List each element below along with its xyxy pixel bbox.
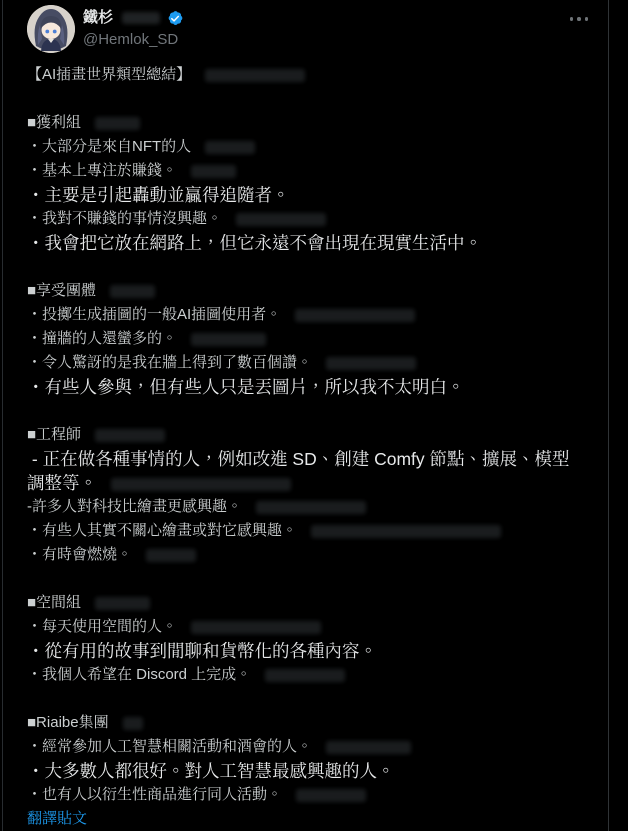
post-line: ・投擲生成插圖的一般AI插圖使用者。: [27, 303, 592, 327]
ellipsis-icon: [570, 17, 574, 21]
post-line: ・我對不賺錢的事情沒興趣。: [27, 207, 592, 231]
tweet-header: 鐵杉 @Hemlok_SD: [27, 5, 590, 53]
section-heading: ■Riaibe集團: [27, 711, 592, 735]
section-heading: ■享受團體: [27, 279, 592, 303]
translate-post-link[interactable]: 翻譯貼文: [27, 809, 87, 829]
ellipsis-icon: [577, 17, 581, 21]
blur-artifact: [311, 525, 501, 538]
blur-artifact: [326, 357, 416, 370]
post-title: 【AI插畫世界類型總結】: [27, 63, 592, 87]
avatar-image: [27, 5, 75, 53]
blur-artifact: [110, 285, 155, 298]
name-row: 鐵杉: [83, 8, 185, 28]
blur-artifact: [296, 789, 366, 802]
blur-artifact: [146, 549, 196, 562]
user-handle[interactable]: @Hemlok_SD: [83, 30, 185, 50]
blur-artifact: [123, 717, 143, 730]
post-section-engineer: ■工程師 - 正在做各種事情的人，例如改進 SD、創建 Comfy 節點、擴展、…: [27, 423, 592, 567]
post-line: ・有些人參與，但有些人只是丟圖片，所以我不太明白。: [27, 375, 592, 399]
blur-artifact: [265, 669, 345, 682]
post-line: -許多人對科技比繪畫更感興趣。: [27, 495, 592, 519]
blur-artifact: [256, 501, 366, 514]
blur-artifact: [326, 741, 411, 754]
post-line: ・我會把它放在網路上，但它永遠不會出現在現實生活中。: [27, 231, 592, 255]
blur-artifact: [95, 117, 140, 130]
ellipsis-icon: [585, 17, 589, 21]
blur-artifact: [205, 69, 305, 82]
section-heading: ■工程師: [27, 423, 592, 447]
more-options-button[interactable]: [564, 11, 595, 27]
post-line: ・經常參加人工智慧相關活動和酒會的人。: [27, 735, 592, 759]
name-block: 鐵杉 @Hemlok_SD: [83, 5, 185, 50]
tweet-column: 鐵杉 @Hemlok_SD 【AI插畫世界類型總結】 ■獲利組 ・大部分是來自N…: [2, 0, 609, 831]
post-line: ・撞牆的人還蠻多的。: [27, 327, 592, 351]
post-line: ・我個人希望在 Discord 上完成。: [27, 663, 592, 687]
post-section-riaibe: ■Riaibe集團 ・經常參加人工智慧相關活動和酒會的人。 ・大多數人都很好。對…: [27, 711, 592, 807]
avatar[interactable]: [27, 5, 75, 53]
section-heading: ■獲利組: [27, 111, 592, 135]
post-line: - 正在做各種事情的人，例如改進 SD、創建 Comfy 節點、擴展、模型調整等…: [27, 447, 579, 495]
blur-artifact: [295, 309, 415, 322]
section-heading: ■空間組: [27, 591, 592, 615]
verified-badge-icon: [166, 9, 185, 28]
blur-artifact: [205, 141, 255, 154]
blur-artifact: [191, 333, 266, 346]
post-line: ・主要是引起轟動並贏得追隨者。: [27, 183, 592, 207]
post-line: ・有些人其實不關心繪畫或對它感興趣。: [27, 519, 592, 543]
blur-artifact: [95, 429, 165, 442]
blur-artifact: [111, 478, 291, 491]
post-line: ・基本上專注於賺錢。: [27, 159, 592, 183]
post-line: ・有時會燃燒。: [27, 543, 592, 567]
post-body: 【AI插畫世界類型總結】 ■獲利組 ・大部分是來自NFT的人 ・基本上專注於賺錢…: [27, 63, 592, 807]
blur-artifact: [95, 597, 150, 610]
post-line: ・每天使用空間的人。: [27, 615, 592, 639]
blur-artifact: [191, 621, 321, 634]
display-name[interactable]: 鐵杉: [83, 8, 113, 28]
post-line: ・從有用的故事到閒聊和貨幣化的各種內容。: [27, 639, 592, 663]
post-section-space: ■空間組 ・每天使用空間的人。 ・從有用的故事到閒聊和貨幣化的各種內容。 ・我個…: [27, 591, 592, 687]
post-section-profit: ■獲利組 ・大部分是來自NFT的人 ・基本上專注於賺錢。 ・主要是引起轟動並贏得…: [27, 111, 592, 255]
post-line: ・大多數人都很好。對人工智慧最感興趣的人。: [27, 759, 592, 783]
post-line: ・令人驚訝的是我在牆上得到了數百個讚。: [27, 351, 592, 375]
post-line: ・也有人以衍生性商品進行同人活動。: [27, 783, 592, 807]
blur-artifact: [236, 213, 326, 226]
blur-artifact: [191, 165, 236, 178]
blur-artifact: [122, 12, 160, 24]
post-section-enjoy: ■享受團體 ・投擲生成插圖的一般AI插圖使用者。 ・撞牆的人還蠻多的。 ・令人驚…: [27, 279, 592, 399]
post-line: ・大部分是來自NFT的人: [27, 135, 592, 159]
